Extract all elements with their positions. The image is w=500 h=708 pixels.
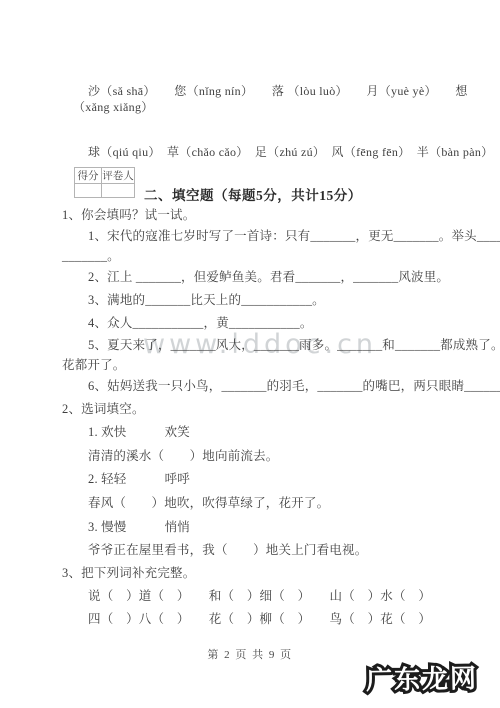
pinyin-choice-row-2: 球（qiú qiu） 草（chǎo cǎo） 足（zhú zú） 风（fēng … [88, 146, 493, 159]
question-1-1: 1、宋代的寇准七岁时写了一首诗：只有_______，更无_______。举头__… [88, 230, 500, 243]
pinyin-choice-row-1-cont: （xǎng xiǎng） [73, 101, 154, 114]
question-2-sentence-2: 春风（ ）地吹，吹得草绿了，花开了。 [88, 497, 329, 510]
question-3-title: 3、把下列词补充完整。 [62, 567, 195, 580]
score-box-cell-examiner [102, 184, 135, 198]
question-1-title: 1、你会填吗？试一试。 [62, 209, 195, 222]
question-1-6: 6、姑妈送我一只小鸟，_______的羽毛，_______的嘴巴，两只眼睛___… [88, 380, 500, 393]
question-2-title: 2、选词填空。 [62, 403, 145, 416]
score-box-label-examiner: 评卷人 [102, 168, 135, 184]
question-1-1-cont: _______。 [62, 250, 120, 263]
exam-paper-page: www.lddoc.cn 沙（sǎ shā） 您（nǐng nín） 落 （lò… [0, 0, 500, 708]
score-box-label-score: 得分 [75, 168, 102, 184]
question-1-5: 5、夏天来了，_______风大，_______雨多。_______和_____… [88, 339, 500, 352]
site-logo: 广东龙网 [366, 658, 479, 697]
question-3-row-2: 四（ ）八（ ） 花（ ）柳（ ） 鸟（ ）花（ ） [88, 613, 431, 626]
pinyin-choice-row-1: 沙（sǎ shā） 您（nǐng nín） 落 （lòu luò） 月（yuè … [88, 85, 468, 98]
question-2-sentence-1: 清清的溪水（ ）地向前流去。 [88, 450, 279, 463]
question-1-5-cont: 花都开了。 [62, 359, 126, 372]
question-2-option-3: 3. 慢慢 悄悄 [88, 521, 190, 534]
question-2-option-2: 2. 轻轻 呼呼 [88, 473, 190, 486]
question-2-sentence-3: 爷爷正在屋里看书，我（ ）地关上门看电视。 [88, 544, 367, 557]
section-heading: 二、填空题（每题5分，共计15分） [144, 184, 362, 204]
question-1-2: 2、江上 _______，但爱鲈鱼美。君看_______，_______风波里。 [88, 271, 449, 284]
question-2-option-1: 1. 欢快 欢笑 [88, 426, 190, 439]
question-3-row-1: 说（ ）道（ ） 和（ ）细（ ） 山（ ）水（ ） [88, 590, 431, 603]
question-1-4: 4、众人___________，黄___________。 [88, 317, 313, 330]
score-box-cell-score [75, 184, 102, 198]
question-1-3: 3、满地的_______比天上的___________。 [88, 294, 325, 307]
score-box: 得分 评卷人 [74, 167, 135, 198]
